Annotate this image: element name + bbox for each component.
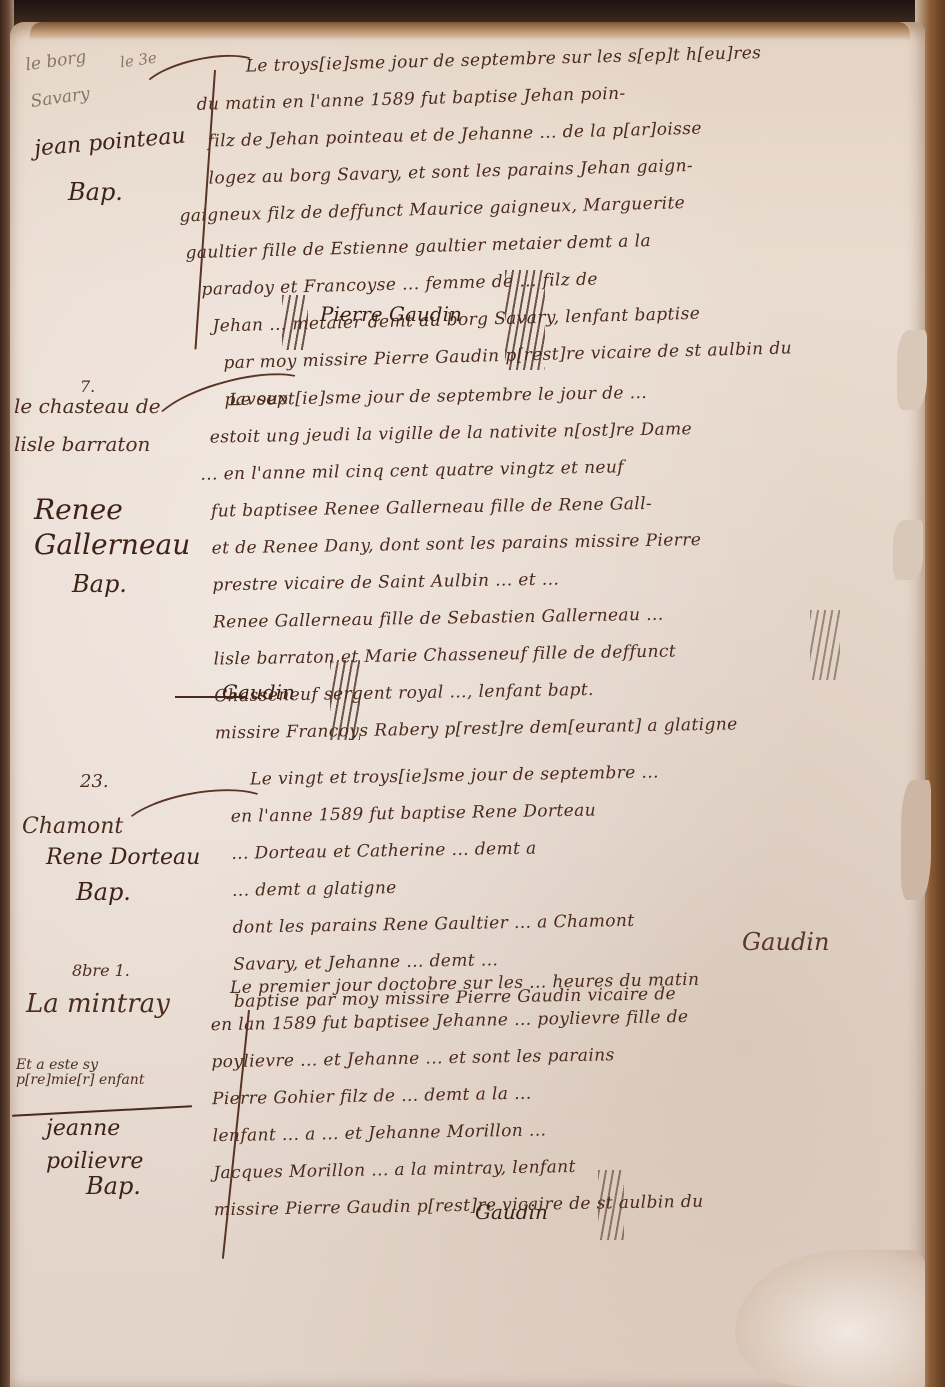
- margin-date: 23.: [80, 772, 109, 792]
- signature-paraph: [282, 295, 308, 350]
- margin-place: le chasteau de lisle barraton: [14, 395, 161, 455]
- margin-name: jeanne poilievre: [46, 1112, 166, 1178]
- margin-place: le borg Savary: [24, 48, 92, 111]
- margin-bap-label: Bap.: [68, 178, 123, 206]
- margin-place: La mintray: [26, 990, 170, 1019]
- margin-date: 7.: [80, 378, 95, 396]
- signature-paraph: [810, 610, 840, 680]
- entry-line: dont les parains Rene Gaultier ... a Cha…: [232, 902, 675, 947]
- entry-line: Le vingt et troys[ie]sme jour de septemb…: [230, 754, 673, 799]
- signature-paraph: [505, 270, 545, 370]
- margin-subnote: Et a este sy p[re]mie[r] enfant: [16, 1058, 144, 1089]
- margin-bap-label: Bap.: [76, 878, 131, 906]
- torn-edge: [893, 520, 923, 580]
- margin-place-line: le chasteau de: [14, 395, 161, 417]
- signature-paraph: [598, 1170, 624, 1240]
- margin-bap-label: Bap.: [72, 570, 127, 598]
- entry-text: Le troys[ie]sme jour de septembre sur le…: [205, 34, 793, 419]
- margin-place-line: lisle barraton: [14, 433, 161, 455]
- priest-signature: Pierre Gaudin: [320, 302, 462, 326]
- priest-signature: Gaudin: [742, 928, 829, 956]
- margin-date: 8bre 1.: [72, 962, 130, 980]
- signature-paraph: [330, 660, 360, 740]
- margin-bap-label: Bap.: [86, 1172, 141, 1200]
- margin-place: Chamont: [22, 815, 123, 839]
- torn-edge: [901, 780, 931, 900]
- priest-signature: Gaudin: [475, 1200, 548, 1224]
- margin-subnote-line: p[re]mie[r] enfant: [16, 1073, 144, 1088]
- margin-name: Rene Dorteau: [46, 845, 200, 870]
- margin-name-text: Renee Gallerneau: [34, 492, 224, 562]
- priest-signature: Gaudin: [222, 680, 295, 704]
- entry-text: Le premier jour doctobre sur les ... heu…: [210, 962, 704, 1230]
- torn-edge: [897, 330, 927, 410]
- margin-name: Renee Gallerneau: [34, 492, 224, 562]
- margin-subnote-line: Et a este sy: [16, 1058, 144, 1073]
